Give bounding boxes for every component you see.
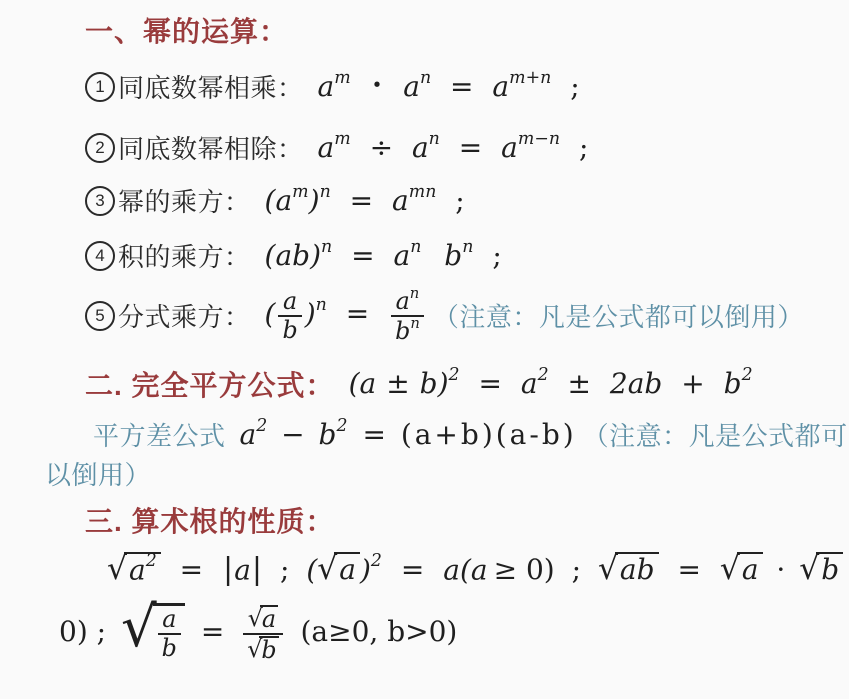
divide-sign: ÷ (370, 131, 393, 164)
exponent: m−n (518, 129, 560, 149)
term: a (360, 367, 377, 400)
section3-title-row: 三. 算术根的性质： (85, 500, 821, 540)
diff-squares-label: 平方差公式 (93, 416, 226, 453)
exponent: m (334, 68, 350, 88)
radical-icon: √ (248, 607, 263, 631)
equals: = (346, 297, 369, 330)
rule-label: 幂的乘方： (118, 182, 251, 219)
exponent: n (429, 129, 440, 149)
exponent: 2 (742, 365, 753, 385)
term: 2ab (610, 367, 662, 400)
exponent: n (321, 237, 332, 257)
sqrt-of-ab: √ab (598, 552, 659, 586)
reverse-use-note: （注意：凡是公式都可 (583, 416, 848, 453)
equals: = (677, 553, 700, 586)
formula-power-of-product: (ab)n = an bn ; (265, 239, 502, 272)
denominator: √b (243, 635, 282, 663)
paren: ( (265, 297, 276, 330)
section2-title-row: 二. 完全平方公式： (a±b)2 = a2 ± 2ab + b2 (85, 364, 821, 404)
numerator: a (278, 289, 301, 317)
semicolon: ; (572, 553, 581, 586)
fraction: ab (158, 607, 181, 661)
multiply-dot-icon: • (372, 75, 383, 96)
exponent: n (316, 295, 327, 315)
formula-same-base-divide: am ÷ an = am−n ; (318, 131, 589, 164)
section3-title: 三. 算术根的性质： (85, 500, 335, 540)
base: a (275, 184, 292, 217)
exponent: 2 (371, 551, 382, 571)
plus-minus: ± (386, 367, 409, 400)
radical-icon: √ (247, 638, 262, 662)
sqrt-of-a: √a (720, 552, 763, 586)
fraction: ab (278, 289, 301, 343)
exponent: m+n (509, 68, 551, 88)
equals: = (201, 615, 224, 648)
term: a (240, 418, 257, 451)
semicolon: ; (280, 553, 289, 586)
exponent: m (292, 182, 308, 202)
semicolon: ; (492, 239, 501, 272)
term: a (443, 553, 460, 586)
equals: = (351, 239, 374, 272)
semicolon: ; (570, 70, 579, 103)
radical-icon: √ (121, 600, 157, 656)
equals: = (401, 553, 424, 586)
term: b (724, 367, 742, 400)
abs-bar: | (252, 552, 262, 587)
rule-label: 同底数幂相除： (118, 129, 304, 166)
paren: ( (460, 553, 471, 586)
formula-perfect-square: (a±b)2 = a2 ± 2ab + b2 (349, 367, 753, 400)
exponent: n (420, 68, 431, 88)
section1-title-row: 一、幂的运算： (85, 10, 821, 50)
radical-icon: √ (107, 554, 127, 585)
paren: ) (310, 239, 321, 272)
denominator: bn (391, 317, 424, 344)
sqrt-of-b: √b (799, 552, 843, 586)
equals: = (459, 131, 482, 164)
exponent: n (320, 182, 331, 202)
numerator: a (158, 607, 181, 635)
rule-label: 同底数幂相乘： (118, 68, 304, 105)
radical-icon: √ (720, 554, 740, 585)
exponent: 2 (336, 416, 347, 436)
rule-same-base-divide: 2 同底数幂相除： am ÷ an = am−n ; (85, 129, 821, 166)
equals: = (350, 184, 373, 217)
reverse-use-note: （注意：凡是公式都可以倒用） (433, 297, 804, 334)
radical-icon: √ (317, 554, 337, 585)
base: a (403, 70, 420, 103)
item-number-icon: 2 (85, 133, 115, 163)
fraction: anbn (391, 288, 424, 344)
paren: ( (349, 367, 360, 400)
fraction-of-radicals: √a√b (243, 605, 282, 663)
plus-minus: ± (568, 367, 591, 400)
base: b (444, 239, 462, 272)
base: a (392, 184, 409, 217)
note-continuation-row: 以倒用） (45, 455, 821, 492)
paren: ( (306, 553, 317, 586)
term: a (471, 553, 488, 586)
difference-of-squares-row: 平方差公式 a2 − b2 = (a+b)(a-b) （注意：凡是公式都可 (93, 416, 821, 453)
base: a (492, 70, 509, 103)
rule-label: 积的乘方： (118, 237, 251, 274)
denominator: b (158, 635, 181, 661)
sqrt-of-a-over-b: √ab (121, 595, 185, 660)
condition: (a≥0, b>0) (301, 615, 458, 648)
base: a (393, 239, 410, 272)
item-number-icon: 1 (85, 72, 115, 102)
base: a (318, 131, 335, 164)
multiply-dot-icon: · (776, 553, 785, 586)
exponent: mn (409, 182, 437, 202)
paren: ) (309, 184, 320, 217)
paren: ( (265, 184, 276, 217)
equals: = (180, 553, 203, 586)
term: a (521, 367, 538, 400)
item-number-icon: 4 (85, 241, 115, 271)
exponent: 2 (449, 365, 460, 385)
item-number-icon: 3 (85, 186, 115, 216)
base: a (412, 131, 429, 164)
base: ab (275, 239, 310, 272)
radical-properties-line1: √a2 = |a| ; (√a)2 = a(a≥ 0) ; √ab = √a ·… (93, 552, 821, 587)
rule-power-of-product: 4 积的乘方： (ab)n = an bn ; (85, 237, 821, 274)
exponent: n (410, 237, 421, 257)
section2-title: 二. 完全平方公式： (85, 364, 335, 404)
section1-title: 一、幂的运算： (85, 10, 288, 50)
exponent: 2 (256, 416, 267, 436)
semicolon: ; (455, 184, 464, 217)
minus: − (281, 418, 304, 451)
term: b (319, 418, 337, 451)
radical-icon: √ (799, 554, 819, 585)
formula-power-of-power: (am)n = amn ; (265, 184, 465, 217)
factored-form: (a+b)(a-b) (401, 418, 577, 451)
exponent: 2 (538, 365, 549, 385)
term: b (420, 367, 438, 400)
sqrt-of-a: √a (317, 552, 360, 586)
term: a (234, 553, 251, 586)
equals: = (450, 70, 473, 103)
formula-sqrt-quotient: 0) ; √ab = √a√b (a≥0, b>0) (59, 595, 457, 662)
radical-icon: √ (598, 554, 618, 585)
semicolon: ; (579, 131, 588, 164)
paren: ) (305, 297, 316, 330)
base: a (318, 70, 335, 103)
math-notes-page: 一、幂的运算： 1 同底数幂相乘： am • an = am+n ; 2 同底数… (0, 0, 849, 699)
equals: = (479, 367, 502, 400)
formula-radical-properties: √a2 = |a| ; (√a)2 = a(a≥ 0) ; √ab = √a ·… (107, 552, 849, 587)
plus: + (681, 367, 704, 400)
rule-power-of-fraction: 5 分式乘方： (ab)n = anbn （注意：凡是公式都可以倒用） (85, 288, 821, 344)
condition-continued: 0) ; (59, 615, 106, 648)
numerator: √a (243, 605, 282, 635)
rule-power-of-power: 3 幂的乘方： (am)n = amn ; (85, 182, 821, 219)
sqrt-of-a-squared: √a2 (107, 552, 161, 586)
exponent: n (462, 237, 473, 257)
rule-label: 分式乘方： (118, 297, 251, 334)
base: a (501, 131, 518, 164)
paren: ) (438, 367, 449, 400)
denominator: b (278, 317, 301, 343)
rule-same-base-multiply: 1 同底数幂相乘： am • an = am+n ; (85, 68, 821, 105)
formula-power-of-fraction: (ab)n = anbn (265, 288, 427, 344)
exponent: m (334, 129, 350, 149)
abs-bar: | (223, 552, 233, 587)
equals: = (362, 418, 385, 451)
item-number-icon: 5 (85, 301, 115, 331)
paren: ) (360, 553, 371, 586)
radical-properties-line2: 0) ; √ab = √a√b (a≥0, b>0) (45, 595, 821, 662)
numerator: an (391, 288, 424, 317)
formula-difference-of-squares: a2 − b2 = (a+b)(a-b) (240, 418, 577, 451)
condition: ≥ 0) (494, 553, 555, 586)
reverse-use-note-continued: 以倒用） (45, 455, 151, 492)
paren: ( (265, 239, 276, 272)
formula-same-base-multiply: am • an = am+n ; (318, 70, 580, 103)
